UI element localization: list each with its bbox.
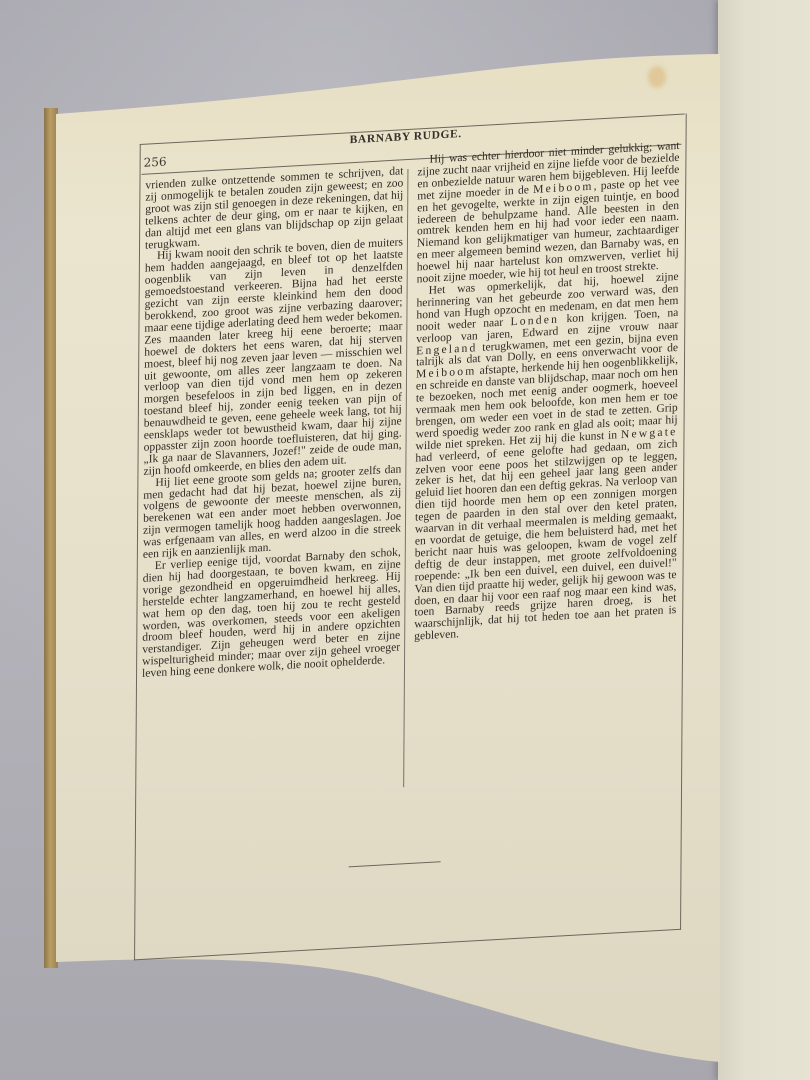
paragraph: Hij liet eene groote som gelds na; groot… — [143, 463, 402, 561]
printed-text-block: 256 BARNABY RUDGE. vrienden zulke ontzet… — [134, 77, 686, 968]
paragraph: Hij was echter hierdoor niet minder gelu… — [417, 140, 680, 286]
paragraph: Er verliep eenige tijd, voordat Barnaby … — [142, 546, 401, 680]
left-column: vrienden zulke ontzettende sommen te sch… — [142, 165, 403, 680]
paragraph: Het was opmerkelijk, dat hij, hoewel zij… — [414, 271, 678, 643]
paragraph: Hij kwam nooit den schrik te boven, dien… — [143, 237, 403, 478]
facing-page-edge — [718, 0, 810, 1080]
book-page-edges — [44, 108, 58, 968]
text-run: had verleerd, of eene gelofte had gedaan… — [414, 437, 677, 643]
right-column: Hij was echter hierdoor niet minder gelu… — [414, 140, 679, 643]
text-columns: vrienden zulke ontzettende sommen te sch… — [135, 150, 685, 831]
column-divider — [403, 169, 408, 787]
